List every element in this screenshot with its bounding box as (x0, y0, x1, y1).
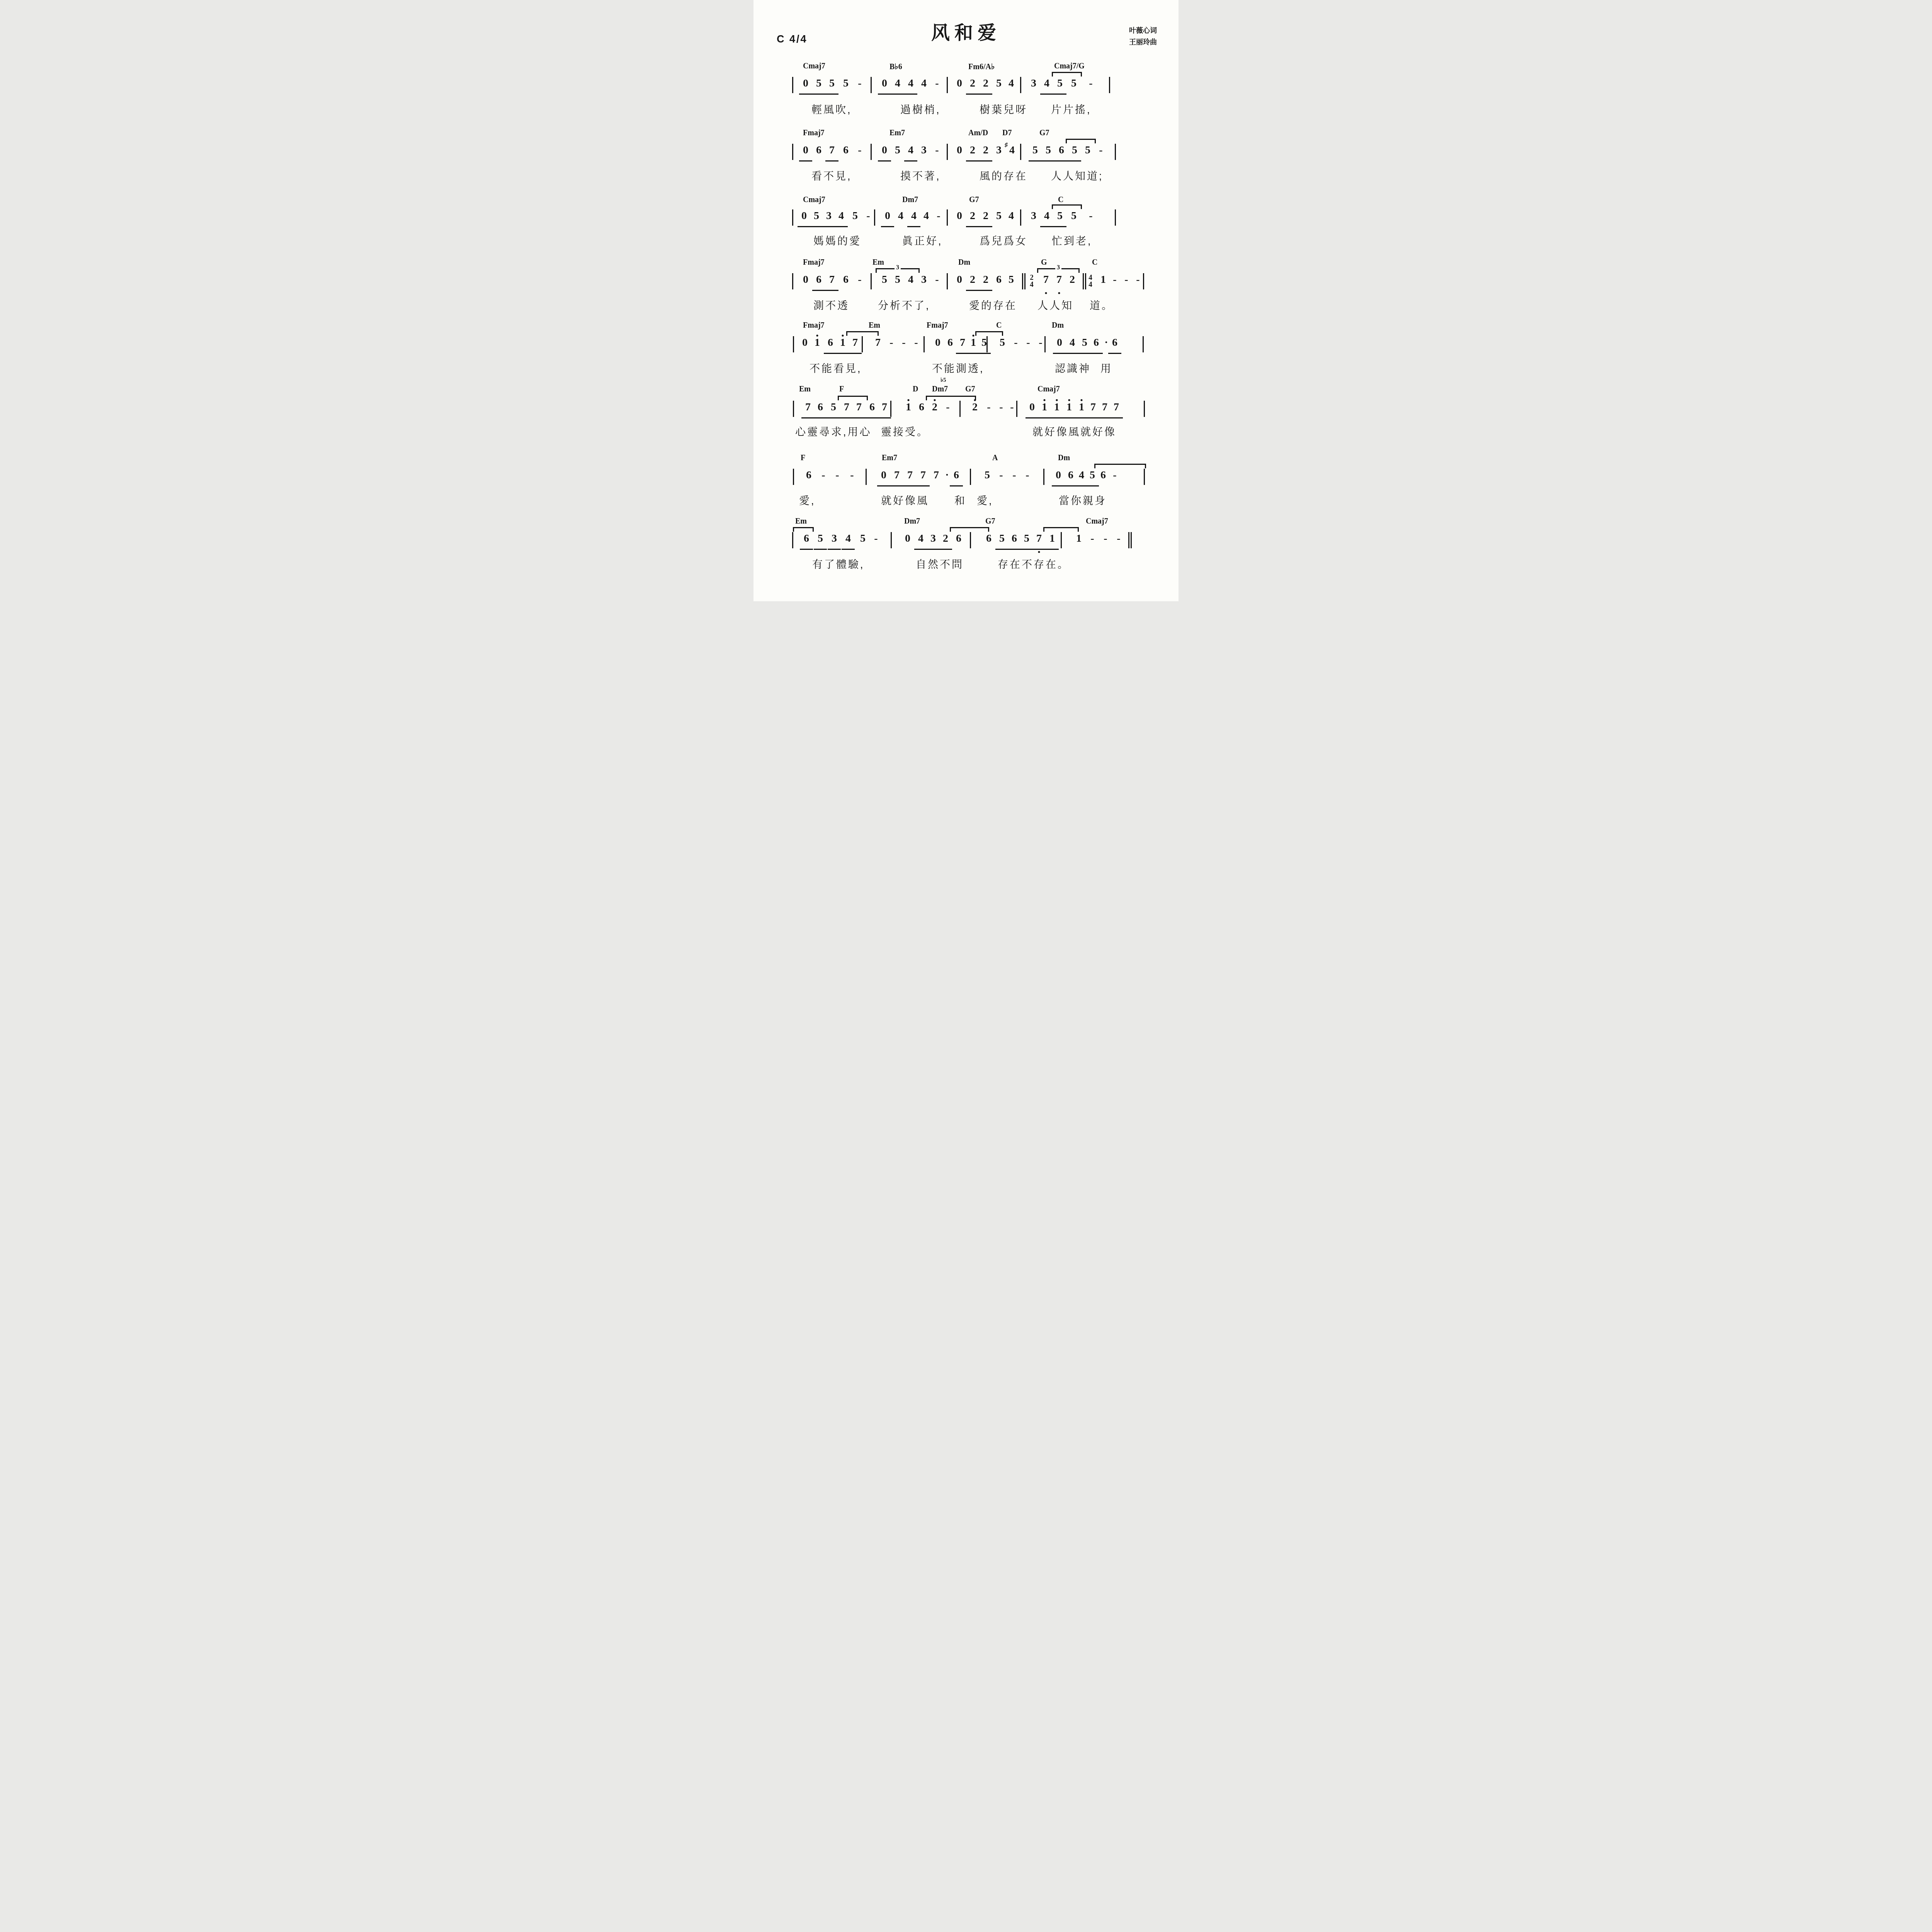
note-token: 5 (814, 532, 827, 550)
note-digit: 6 (986, 532, 992, 544)
note-token: 6 (1008, 532, 1021, 550)
note-token: 6 (952, 532, 965, 549)
note-digit: 5 (999, 532, 1005, 544)
note-token: 6 (800, 532, 813, 550)
lyric-text: 存在不存在。 (998, 556, 1070, 571)
note-digit: - (1104, 532, 1107, 544)
note-digit: 6 (804, 532, 809, 544)
sheet-music-page: C 4/4 风和爱 叶薇心词 王丽玲曲 Cmaj7B♭6Fm6/A♭Cmaj7/… (753, 0, 1179, 601)
lyric-text: 有了體驗, (812, 556, 865, 571)
note-digit: 6 (956, 532, 961, 544)
music-system: EmDm7G7Cmaj765345-043266565711---有了體驗,自然… (753, 0, 1179, 601)
octave-dot-below (1038, 551, 1040, 553)
note-token: - (1099, 532, 1112, 549)
note-token: 0 (901, 532, 914, 549)
note-digit: - (874, 532, 878, 544)
note-digit: 1 (1076, 532, 1082, 544)
note-token: 3 (828, 532, 841, 550)
barline (792, 532, 793, 548)
note-token: 1 (1072, 532, 1085, 549)
note-digit: 2 (943, 532, 948, 544)
double-barline (1128, 532, 1129, 548)
lyric-text: 自然不問 (916, 556, 964, 571)
note-digit: 6 (1012, 532, 1017, 544)
barline (891, 532, 892, 548)
note-digit: 4 (918, 532, 923, 544)
tie-arc (950, 527, 989, 532)
note-digit: 3 (930, 532, 936, 544)
note-digit: 5 (860, 532, 866, 544)
chord-label: Em (795, 517, 807, 526)
tie-arc (793, 527, 814, 532)
barline (970, 532, 971, 548)
note-token: 5 (1020, 532, 1033, 550)
note-digit: 0 (905, 532, 910, 544)
note-token: 4 (914, 532, 927, 550)
note-token: 1 (1046, 532, 1059, 550)
chord-label: Dm7 (904, 517, 920, 526)
note-digit: 1 (1049, 532, 1055, 544)
note-token: - (1112, 532, 1125, 549)
note-token: - (869, 532, 883, 549)
note-digit: - (1090, 532, 1094, 544)
note-token: 4 (842, 532, 855, 550)
note-digit: 3 (832, 532, 837, 544)
note-digit: 7 (1036, 532, 1042, 544)
chord-label: G7 (985, 517, 995, 526)
note-digit: - (1117, 532, 1120, 544)
note-digit: 4 (845, 532, 851, 544)
note-token: 2 (939, 532, 952, 550)
note-token: 6 (982, 532, 995, 549)
tie-arc (1043, 527, 1079, 532)
chord-label: Cmaj7 (1086, 517, 1108, 526)
note-token: 5 (856, 532, 869, 549)
note-token: 5 (995, 532, 1009, 550)
barline (1061, 532, 1062, 548)
note-token: - (1086, 532, 1099, 549)
note-token: 7 (1032, 532, 1046, 550)
note-digit: 5 (818, 532, 823, 544)
note-digit: 5 (1024, 532, 1029, 544)
note-token: 3 (927, 532, 940, 550)
